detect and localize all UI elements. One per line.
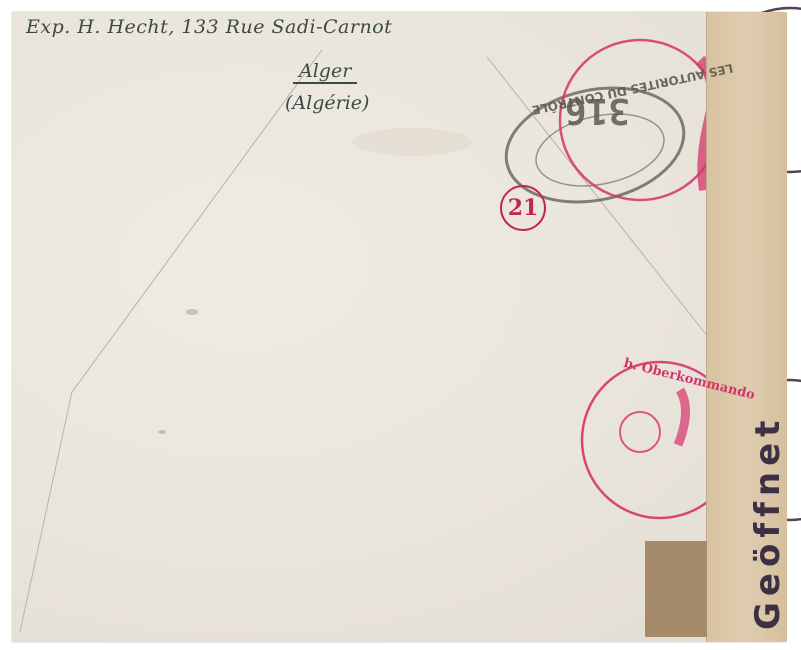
circle-number-stamp: 21 (500, 185, 546, 231)
brown-paper-patch (645, 541, 707, 637)
sender-country: (Algérie) (285, 92, 369, 114)
sender-address-line: Exp. H. Hecht, 133 Rue Sadi-Carnot (26, 16, 392, 38)
sender-city: Alger (293, 60, 357, 84)
